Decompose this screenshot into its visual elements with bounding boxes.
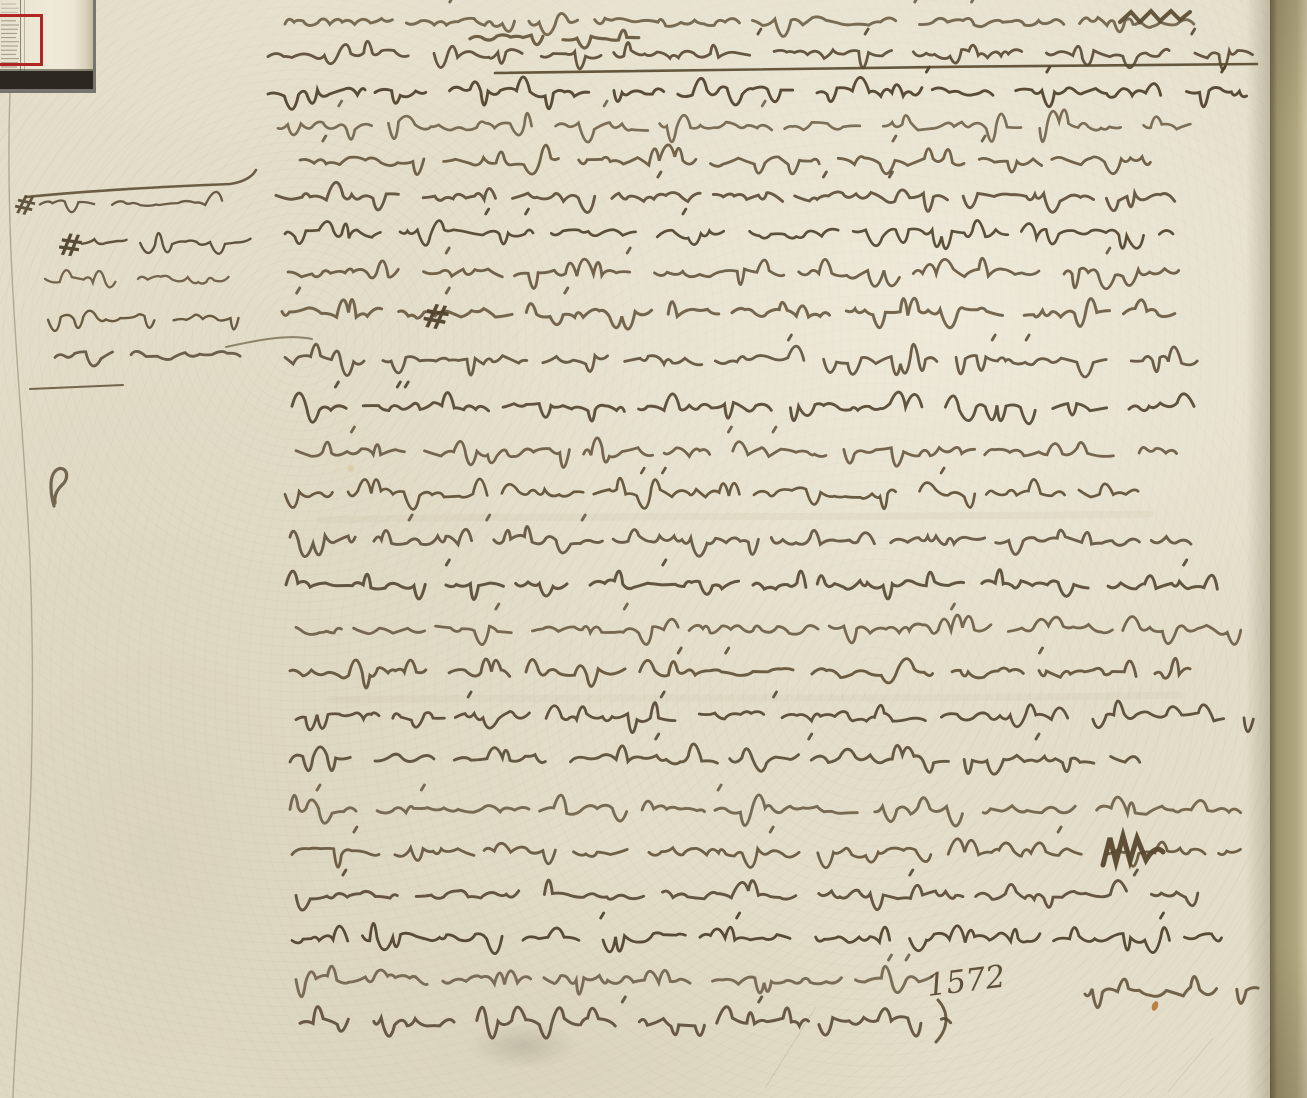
show-through-2: [330, 695, 1180, 700]
page-crease: [9, 92, 33, 1098]
script-line: [288, 248, 1179, 289]
script-line: [40, 192, 222, 212]
closing-paren: [936, 1000, 946, 1042]
margin-hash-mark-1: #: [11, 189, 40, 224]
script-line: [285, 209, 1173, 249]
handwriting-svg: # # # 1572: [0, 0, 1307, 1098]
date-1572: 1572: [925, 959, 1008, 1004]
script-line: [268, 67, 1247, 109]
script-line: [82, 233, 251, 254]
margin-rule: [30, 385, 123, 389]
script-line: [292, 827, 1240, 868]
script-line: [296, 870, 1198, 910]
underline-line2: [495, 64, 1257, 73]
script-line: [48, 311, 239, 331]
script-line: [290, 648, 1190, 688]
manuscript-viewer: # # # 1572: [0, 0, 1307, 1098]
script-line: [55, 351, 240, 366]
script-line: [45, 270, 229, 287]
show-through-1: [320, 514, 1150, 520]
margin-hash-mark-2: #: [55, 226, 86, 265]
script-line: [296, 427, 1177, 467]
script-line: [285, 335, 1197, 377]
script-line: [292, 913, 1222, 954]
script-line: [300, 136, 1150, 175]
margin-overline: [26, 170, 256, 197]
script-line: [268, 29, 1253, 69]
script-line: [282, 288, 1175, 329]
p-mark: [51, 469, 67, 506]
script-line: [1085, 977, 1258, 1008]
script-line: [285, 0, 1194, 36]
script-line: [296, 955, 932, 997]
script-line: [290, 785, 1241, 826]
navigator-thumbnail[interactable]: [0, 0, 96, 93]
script-line: [300, 997, 951, 1038]
navigator-viewport-rect[interactable]: [0, 14, 43, 66]
script-line: [276, 172, 1175, 212]
script-line: [278, 101, 1190, 142]
script-line: [286, 560, 1217, 599]
script-line: [292, 382, 1194, 424]
script-line: [290, 734, 1140, 774]
script-line: [296, 604, 1241, 645]
inline-hash-mark: #: [418, 295, 453, 339]
script-line: [285, 468, 1138, 509]
line21-bold-blob: [1103, 836, 1163, 865]
margin-swoosh: [226, 337, 312, 347]
script-line: [470, 30, 639, 48]
